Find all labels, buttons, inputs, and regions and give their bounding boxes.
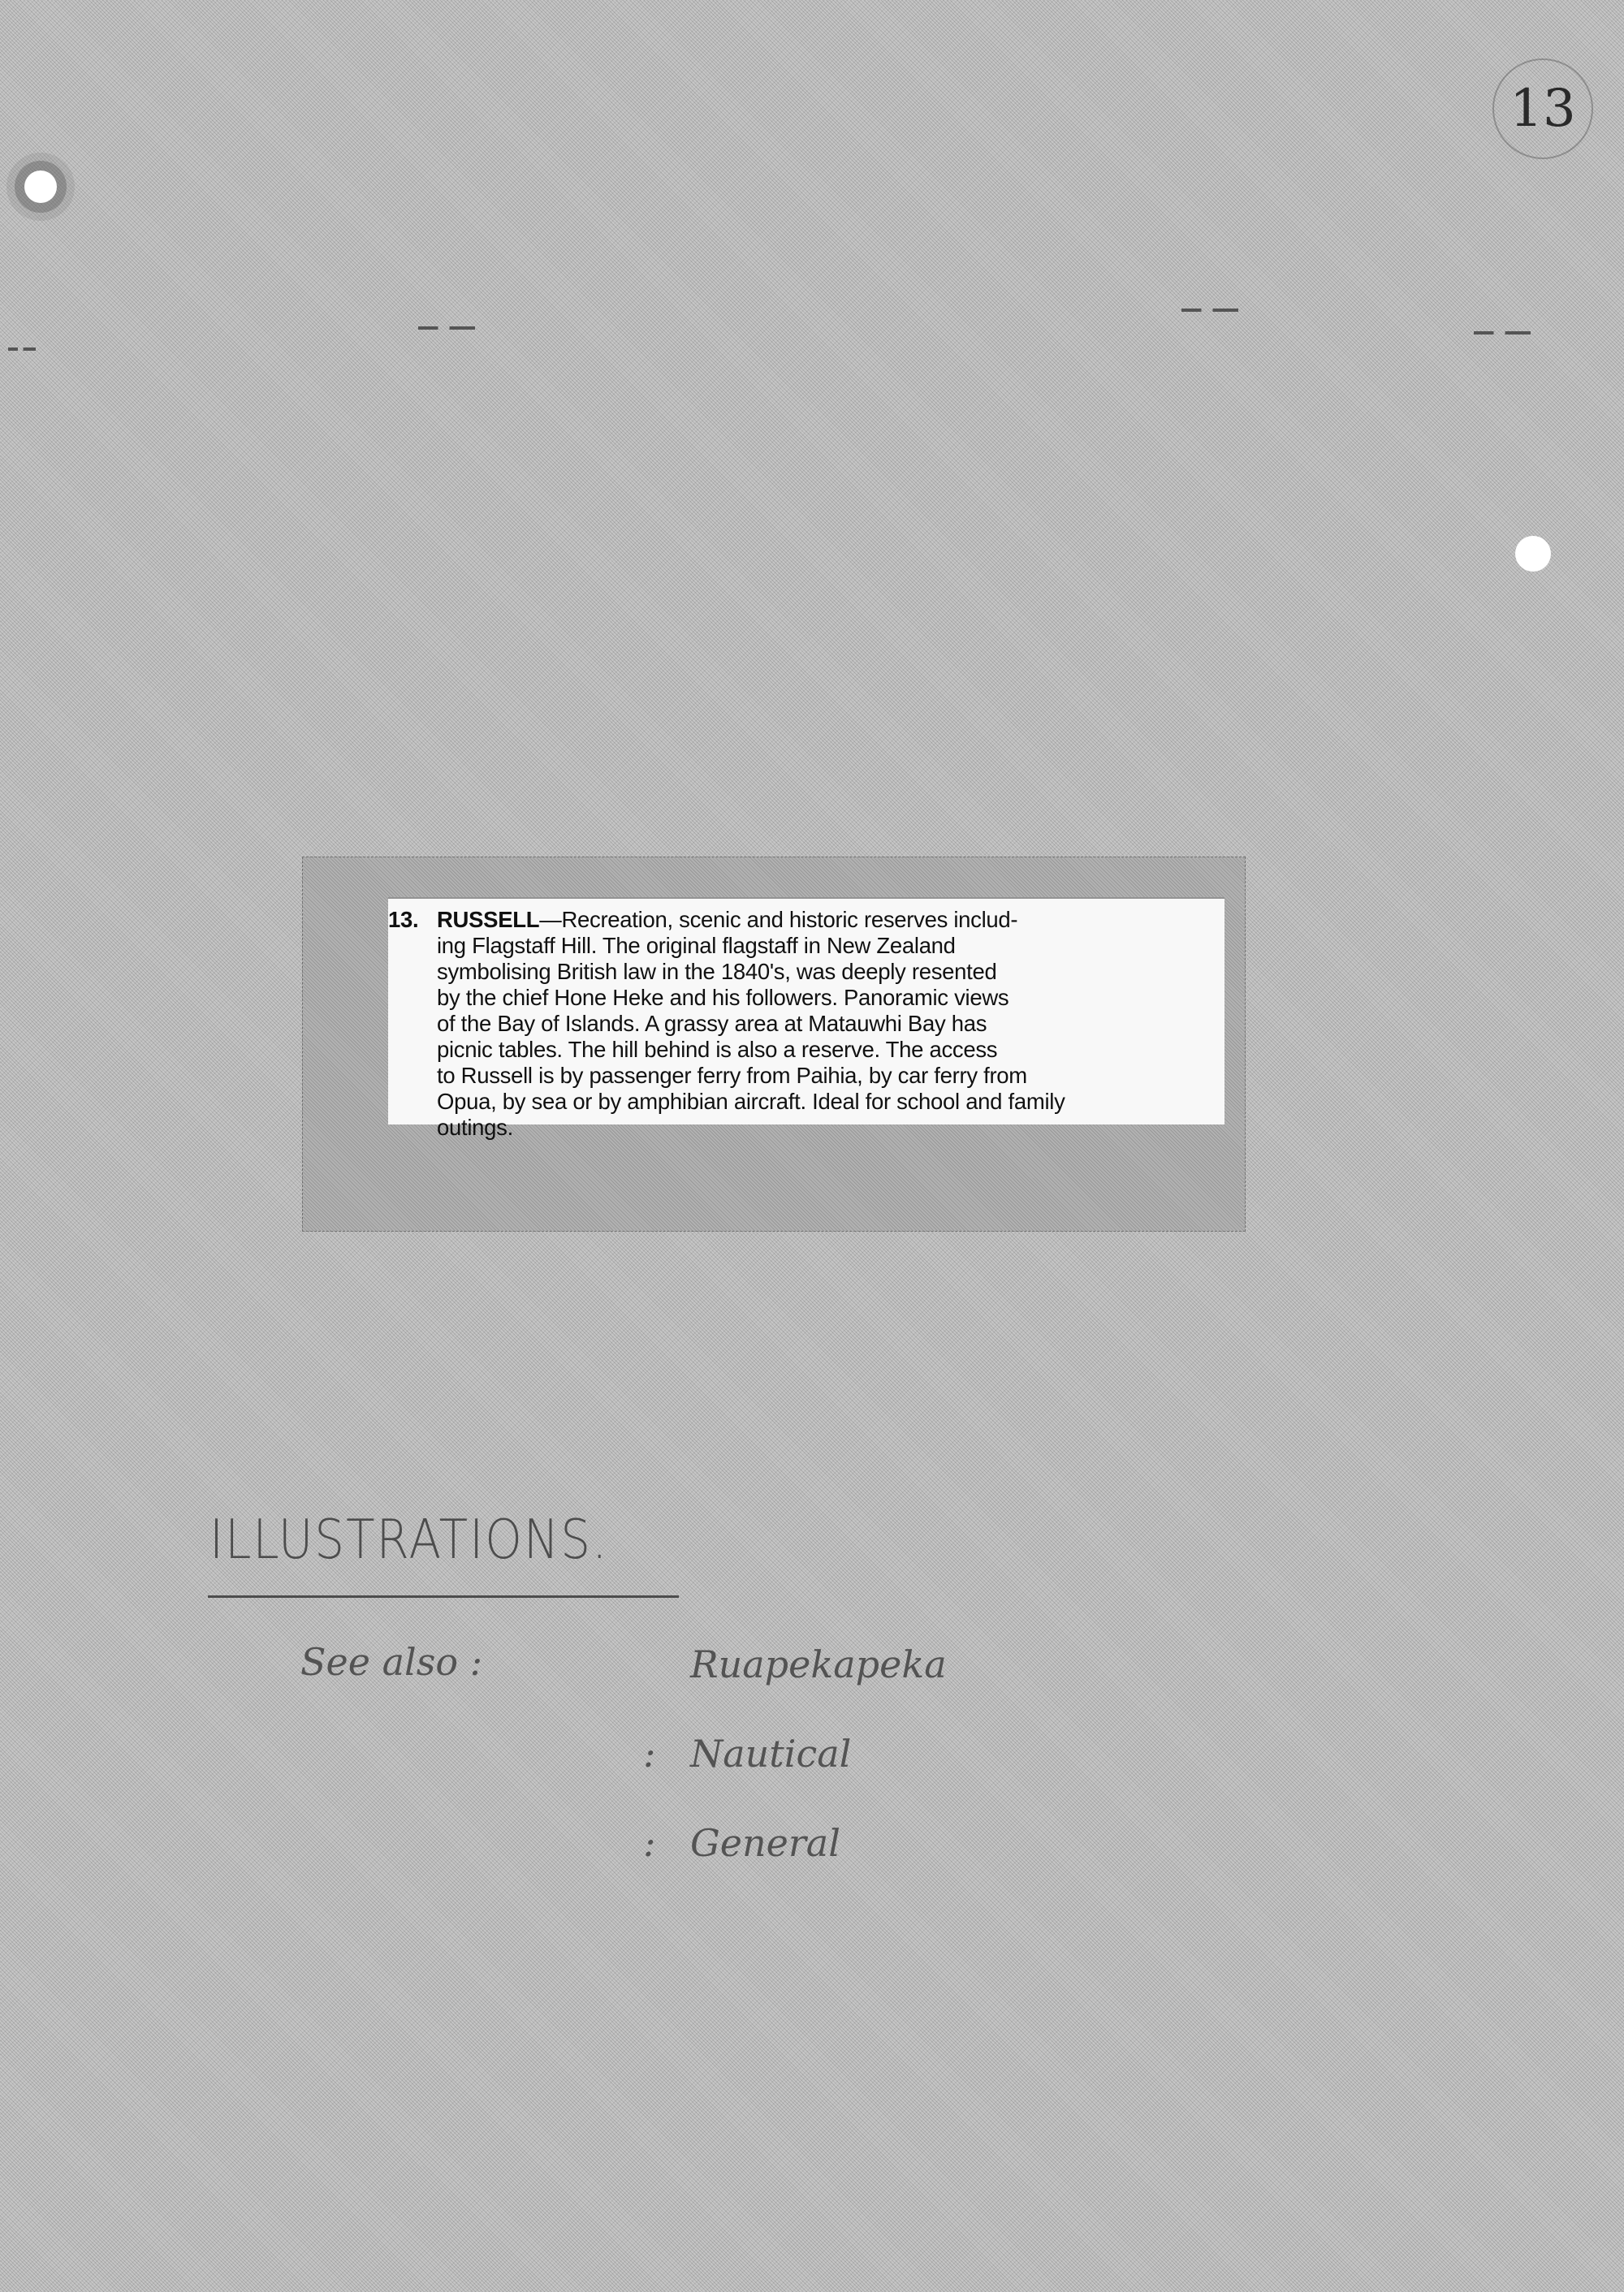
guide-mark [1181,309,1238,312]
see-also-list: Ruapekapeka : Nautical : General [690,1640,947,1908]
guide-mark [418,326,475,330]
see-also-item: : General [690,1819,947,1908]
illustrations-heading: ILLUSTRATIONS. [209,1508,609,1571]
newspaper-clipping: 13. RUSSELL—Recreation, scenic and histo… [388,897,1224,1124]
clipping-number: 13. [388,907,418,933]
page-number: 13 [1492,58,1593,159]
clipping-line: outings. [437,1115,1200,1141]
punch-hole-left [24,170,57,203]
guide-mark [1474,331,1531,335]
clipping-line: symbolising British law in the 1840's, w… [437,959,1200,985]
heading-underline [208,1595,679,1598]
see-also-item: : Nautical [690,1729,947,1819]
clipping-line: ing Flagstaff Hill. The original flagsta… [437,933,1200,959]
see-also-item-label: Nautical [690,1732,851,1776]
see-also-item-label: General [690,1821,840,1865]
clipping-line: to Russell is by passenger ferry from Pa… [437,1063,1200,1089]
see-also-label: See also : [300,1640,482,1684]
see-also-item-label: Ruapekapeka [690,1642,947,1686]
see-also-colon: : [643,1819,656,1867]
clipping-title: RUSSELL [437,907,539,932]
clipping-line-text: —Recreation, scenic and historic reserve… [539,907,1017,932]
clipping-line: Opua, by sea or by amphibian aircraft. I… [437,1089,1200,1115]
guide-mark [8,347,36,351]
clipping-text: 13. RUSSELL—Recreation, scenic and histo… [388,907,1200,1141]
see-also-colon: : [643,1729,656,1778]
clipping-line: by the chief Hone Heke and his followers… [437,985,1200,1011]
punch-hole-right [1515,536,1551,572]
see-also-item: Ruapekapeka [690,1640,947,1729]
clipping-line: RUSSELL—Recreation, scenic and historic … [437,907,1200,933]
clipping-line: of the Bay of Islands. A grassy area at … [437,1011,1200,1037]
clipping-line: picnic tables. The hill behind is also a… [437,1037,1200,1063]
